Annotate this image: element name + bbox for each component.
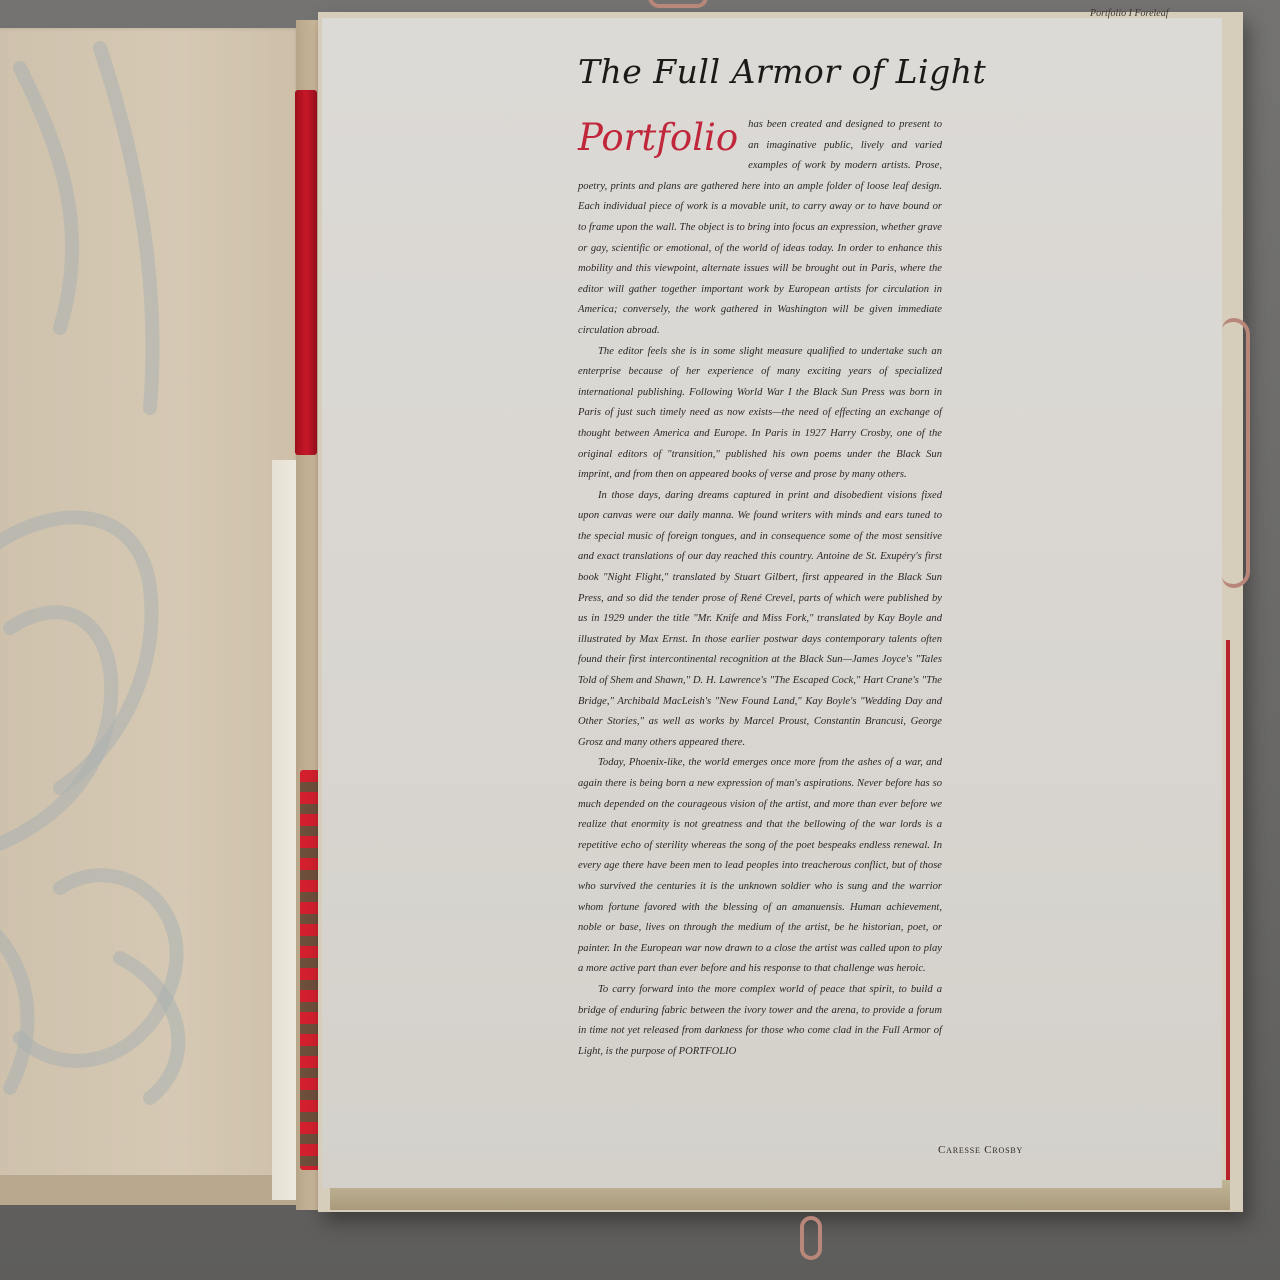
faint-drawing-illustration bbox=[0, 28, 300, 1203]
left-folder-leaf bbox=[0, 28, 300, 1203]
paragraph-5: To carry forward into the more complex w… bbox=[578, 980, 942, 1062]
author-signature: Caresse Crosby bbox=[938, 1144, 1023, 1156]
running-head: Portfolio I Foreleaf bbox=[1090, 8, 1169, 19]
portfolio-dropcap: Portfolio bbox=[578, 117, 738, 159]
paragraph-1: Portfolio has been created and designed … bbox=[578, 115, 942, 342]
foreword-text: Portfolio has been created and designed … bbox=[578, 115, 942, 1062]
paragraph-2: The editor feels she is in some slight m… bbox=[578, 342, 942, 486]
page-title: The Full Armor of Light bbox=[578, 52, 958, 91]
red-binding-cord bbox=[295, 90, 317, 455]
tie-string-top bbox=[648, 0, 708, 8]
tie-string-bottom bbox=[800, 1216, 822, 1260]
left-leaf-bottom-edge bbox=[0, 1175, 300, 1205]
paragraph-3: In those days, daring dreams captured in… bbox=[578, 486, 942, 754]
red-page-edge bbox=[1226, 640, 1230, 1180]
tie-string-right bbox=[1222, 318, 1250, 588]
paragraph-4: Today, Phoenix-like, the world emerges o… bbox=[578, 753, 942, 980]
